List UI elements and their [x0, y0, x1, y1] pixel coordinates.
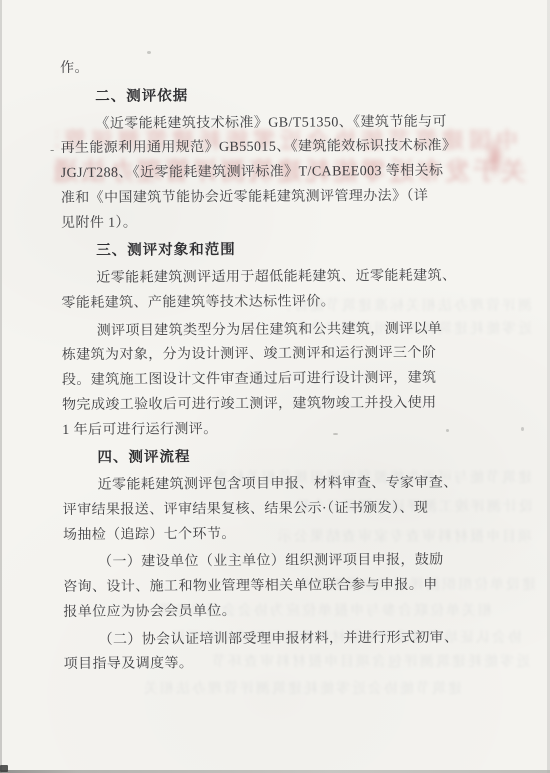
text-line: 测评项目建筑类型分为居住建筑和公共建筑，测评以单	[62, 317, 460, 344]
text-line: 段。建筑施工图设计文件审查通过后可进行设计测评，建筑	[62, 367, 460, 394]
scanned-document-page: 中国建筑节能协会近零能耗建筑测评管理 关于发布近零能耗建筑测评管理办法通知 测评…	[0, 0, 550, 773]
scan-speck	[333, 433, 338, 435]
paragraph-process-step-1: （一）建设单位（业主单位）组织测评项目申报，鼓励 咨询、设计、施工和物业管理等相…	[63, 549, 461, 626]
paragraph-process-overview: 近零能耗建筑测评包含项目申报、材料审查、专家审查、 评审结果报送、评审结果复核、…	[63, 472, 461, 549]
text-line: （二）协会认证培训部受理申报材料，并进行形式初审、	[63, 626, 461, 653]
heading-line: 二、测评依据	[60, 82, 458, 109]
scan-speck	[147, 51, 151, 54]
text-line: 项目指导及调度等。	[64, 651, 462, 678]
text-line: 近零能耗建筑测评适用于超低能耗建筑、近零能耗建筑、	[61, 265, 459, 292]
margin-dash-mark: -	[50, 142, 54, 157]
section-heading-3: 三、测评对象和范围	[61, 237, 459, 264]
text-line: （一）建设单位（业主单位）组织测评项目申报，鼓励	[63, 549, 461, 576]
document-text-block: 作。 二、测评依据 《近零能耗建筑技术标准》GB/T51350、《建筑节能与可 …	[60, 55, 462, 678]
text-line: 《近零能耗建筑技术标准》GB/T51350、《建筑节能与可	[60, 110, 458, 137]
text-line: 零能耗建筑、产能建筑等技术达标性评价。	[61, 289, 459, 316]
text-line: 栋建筑为对象，分为设计测评、竣工测评和运行测评三个阶	[62, 342, 460, 369]
text-line: 作。	[60, 55, 458, 82]
scan-corner-mark	[0, 765, 8, 772]
text-line: 评审结果报送、评审结果复核、结果公示·（证书颁发）、现	[63, 496, 461, 523]
grey-bleed-line: 建筑节能协会近零能耗建筑测评管理办法相关	[62, 678, 462, 698]
text-line: 咨询、设计、施工和物业管理等相关单位联合参与申报。申	[63, 574, 461, 601]
paragraph-process-step-2: （二）协会认证培训部受理申报材料，并进行形式初审、 项目指导及调度等。	[63, 626, 461, 678]
paragraph-scope-1: 近零能耗建筑测评适用于超低能耗建筑、近零能耗建筑、 零能耗建筑、产能建筑等技术达…	[61, 265, 459, 317]
text-line: 1 年后可进行运行测评。	[62, 416, 460, 443]
text-line: 准和《中国建筑节能协会近零能耗建筑测评管理办法》（详	[61, 184, 459, 211]
text-line: 物完成竣工验收后可进行竣工测评，建筑物竣工并投入使用	[62, 391, 460, 418]
scan-edge-left	[0, 0, 2, 773]
scan-speck	[446, 429, 449, 432]
text-line: JGJ/T288、《近零能耗建筑测评标准》T/CABEE003 等相关标	[61, 160, 459, 187]
text-line: 再生能源利用通用规范》GB55015、《建筑能效标识技术标准》	[60, 135, 458, 162]
paragraph-continuation: 作。	[60, 55, 458, 82]
text-line: 见附件 1）。	[61, 209, 459, 236]
text-line: 近零能耗建筑测评包含项目申报、材料审查、专家审查、	[63, 472, 461, 499]
heading-line: 四、测评流程	[62, 444, 460, 471]
text-line: 报单位应为协会会员单位。	[63, 598, 461, 625]
paragraph-evaluation-basis: 《近零能耗建筑技术标准》GB/T51350、《建筑节能与可 再生能源利用通用规范…	[60, 110, 459, 236]
text-line: 场抽检（追踪）七个环节。	[63, 521, 461, 548]
section-heading-4: 四、测评流程	[62, 444, 460, 471]
red-bleed-smudge	[486, 135, 504, 179]
section-heading-2: 二、测评依据	[60, 82, 458, 109]
paragraph-scope-2: 测评项目建筑类型分为居住建筑和公共建筑，测评以单 栋建筑为对象，分为设计测评、竣…	[62, 317, 461, 443]
scan-speck	[521, 427, 524, 431]
heading-line: 三、测评对象和范围	[61, 237, 459, 264]
